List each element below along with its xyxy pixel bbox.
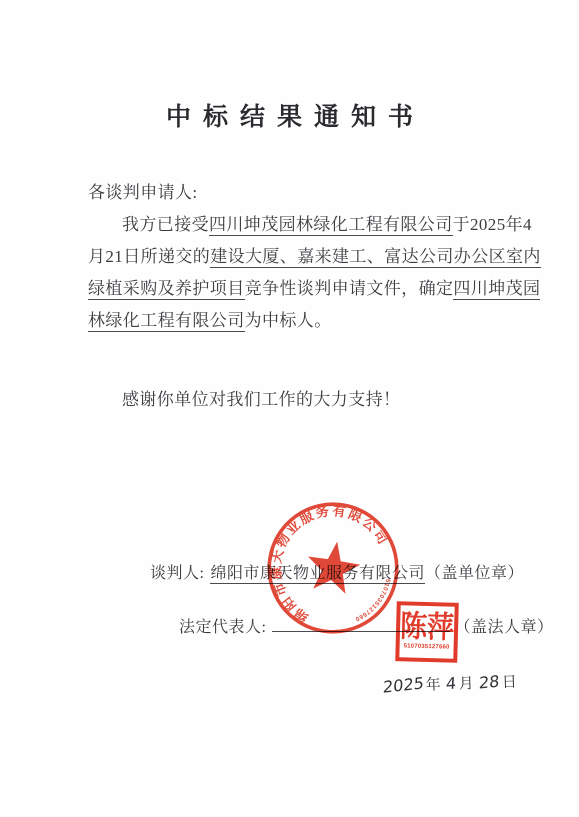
body-text: 为中标人。 bbox=[245, 311, 332, 330]
body-text: 竞争性谈判申请文件，确定 bbox=[245, 279, 454, 298]
round-company-seal: 绵阳市康天物业服务有限公司 5107035127660 bbox=[251, 486, 416, 651]
name-seal-serial: 5107035127660 bbox=[404, 643, 450, 650]
date-day: 28 bbox=[479, 672, 500, 693]
unit-seal-note: （盖单位章） bbox=[425, 565, 524, 582]
body-line-2: 月21日所递交的建设大厦、嘉来建工、富达公司办公区室内 bbox=[88, 245, 508, 269]
underlined-winner-name: 四川坤茂园林绿化工程有限公司 bbox=[209, 215, 453, 236]
document-title: 中标结果通知书 bbox=[0, 97, 579, 133]
document-page: 中标结果通知书 各谈判申请人: 我方已接受四川坤茂园林绿化工程有限公司于2025… bbox=[0, 0, 579, 817]
underlined-winner-name: 林绿化工程有限公司 bbox=[88, 311, 245, 332]
star-icon bbox=[303, 537, 363, 595]
underlined-project-name: 建设大厦、嘉来建工、富达公司办公区室内 bbox=[210, 247, 541, 268]
salutation-line: 各谈判申请人: bbox=[88, 181, 508, 205]
date-line: 2025年 4月 28日 bbox=[381, 671, 517, 697]
date-month: 4 bbox=[446, 673, 457, 693]
underlined-project-name: 绿植采购及养护项目 bbox=[88, 279, 245, 300]
underlined-winner-name: 四川坤茂园 bbox=[453, 279, 540, 300]
body-line-1: 我方已接受四川坤茂园林绿化工程有限公司于2025年4 bbox=[88, 213, 542, 237]
body-text: 于2025年4 bbox=[453, 215, 532, 234]
date-year-unit: 年 bbox=[426, 677, 442, 694]
thanks-line: 感谢你单位对我们工作的大力支持！ bbox=[88, 388, 542, 412]
body-text: 我方已接受 bbox=[122, 215, 209, 234]
name-seal-text: 陈萍 bbox=[400, 612, 455, 644]
body-line-4: 林绿化工程有限公司为中标人。 bbox=[88, 309, 508, 333]
body-line-3: 绿植采购及养护项目竞争性谈判申请文件，确定四川坤茂园 bbox=[88, 277, 508, 301]
negotiator-label: 谈判人: bbox=[150, 565, 204, 582]
date-day-unit: 日 bbox=[502, 675, 518, 692]
legal-seal-note: （盖法人章） bbox=[454, 619, 553, 636]
date-year: 2025 bbox=[382, 673, 424, 696]
body-text: 月21日所递交的 bbox=[88, 247, 210, 266]
legal-rep-name-seal: 陈萍 5107035127660 bbox=[395, 601, 459, 663]
date-month-unit: 月 bbox=[458, 676, 474, 693]
